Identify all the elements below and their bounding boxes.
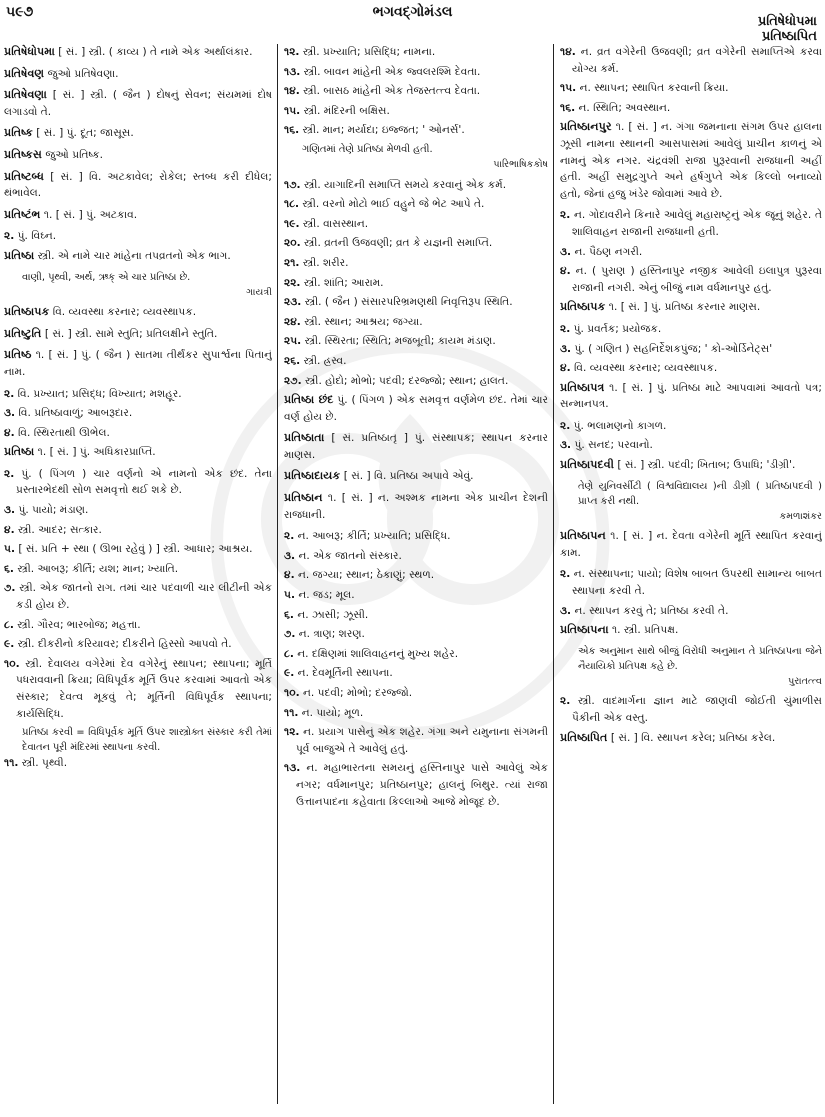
sense-item: ૩. પું. સનદ; પરવાનો. xyxy=(560,437,822,454)
sense-item: ૧૧. ન. પાયો; મૂળ. xyxy=(284,705,548,722)
sense-number: ૧૯. xyxy=(284,218,300,230)
sense-number: ૯. xyxy=(4,638,14,650)
sense-item: ૨૨. સ્ત્રી. શાંતિ; આરામ. xyxy=(284,275,548,292)
sense-text: ન. દેવમૂર્તિની સ્થાપના. xyxy=(298,667,393,679)
sense-number: ૧૬. xyxy=(560,102,575,114)
sense-text: ન. પદવી; મોભો; દરજ્જો. xyxy=(303,687,412,699)
sense-number: ૮. xyxy=(4,619,14,631)
entry-definition: ૧. [ સં. ] પું. ( જૈન ) સાતમા તીર્થંકર સ… xyxy=(4,349,272,378)
sense-text: સ્ત્રી. પ્રખ્યાતિ; પ્રસિદ્ધિ; નામના. xyxy=(303,46,435,58)
entry-headword: પ્રતિષ્ટંભ xyxy=(4,208,40,221)
sense-text: ન. વ્રત વગેરેની ઉજવણી; વ્રત વગેરેની સમાપ… xyxy=(572,46,822,75)
dictionary-entry: પ્રતિષ્ઠાપન ૧. [ સં. ] ન. દેવતા વગેરેની … xyxy=(560,528,822,561)
sense-text: ન. પ્રયાગ પાસેનું એક શહેર. ગંગા અને યમુન… xyxy=(296,726,548,755)
sense-number: ૧૩. xyxy=(284,762,300,774)
sense-item: ૪. વિ. વ્યવસ્થા કરનાર; વ્યવસ્થાપક. xyxy=(560,360,822,377)
sense-text: પું. પ્રવર્તક; પ્રયોજક. xyxy=(574,323,662,335)
sense-item: ૨. પું. પ્રવર્તક; પ્રયોજક. xyxy=(560,321,822,338)
dictionary-columns: પ્રતિષેધોપમા [ સં. ] સ્ત્રી. ( કાવ્ય ) ત… xyxy=(0,44,825,1117)
sense-number: ૨. xyxy=(284,530,294,542)
sense-item: ૧૨. ન. પ્રયાગ પાસેનું એક શહેર. ગંગા અને … xyxy=(284,724,548,757)
sense-number: ૨૪. xyxy=(284,316,301,328)
sense-number: ૨૫. xyxy=(284,335,301,347)
sense-text: ન. ( પુરાણ ) હસ્તિનાપુર નજીક આવેલી ઇલાપુ… xyxy=(572,265,822,294)
sense-text: સ્ત્રી. ( જૈન ) સંસારપરિભ્રમણથી નિવૃત્તિ… xyxy=(305,296,513,308)
column-left: પ્રતિષેધોપમા [ સં. ] સ્ત્રી. ( કાવ્ય ) ત… xyxy=(4,44,272,1117)
sense-number: ૩. xyxy=(4,504,15,516)
sense-item: ૧૩. ન. મહાભારતના સમયનું હસ્તિનાપુર પાસે … xyxy=(284,760,548,810)
sense-item: ૩. પું. ( ગણિત ) સહનિર્દેશકપુંજ; ' કો-ઓર… xyxy=(560,341,822,358)
dictionary-entry: પ્રતિષ્ઠાપક વિ. વ્યવસ્થા કરનાર; વ્યવસ્થા… xyxy=(4,304,272,321)
dictionary-entry: પ્રતિષ્ઠાતા [ સં. પ્રતિષ્ઠાતૃ ] પું. સંસ… xyxy=(284,430,548,463)
entry-headword: પ્રતિષ્ઠા છંદ xyxy=(284,393,334,406)
sense-item: ૨૩. સ્ત્રી. ( જૈન ) સંસારપરિભ્રમણથી નિવૃ… xyxy=(284,294,548,311)
sense-item: ૮. ન. દક્ષિણમાં શાલિવાહનનું મુખ્ય શહેર. xyxy=(284,646,548,663)
sense-text: સ્ત્રી. બાસઠ માંહેની એક તેજસ્તત્ત્વ દેવત… xyxy=(303,85,480,97)
sense-number: ૨. xyxy=(560,695,570,707)
quote-source: કમળાશંકર xyxy=(560,509,822,526)
sense-item: ૬. સ્ત્રી. આબરૂ; કીર્તિ; યશ; માન; ખ્યાતિ… xyxy=(4,561,272,578)
sense-number: ૧૩. xyxy=(284,66,300,78)
sense-item: ૧૮. સ્ત્રી. વરનો મોટો ભાઈ વહુને જે ભેટ આ… xyxy=(284,196,548,213)
dictionary-entry: પ્રતિષેવણ જુઓ પ્રતિષેવણા. xyxy=(4,66,272,83)
entry-definition: વિ. વ્યવસ્થા કરનાર; વ્યવસ્થાપક. xyxy=(53,306,196,318)
sense-item: ૧૭. સ્ત્રી. યાગાદિની સમાપ્તિ સમયે કરવાનુ… xyxy=(284,177,548,194)
sense-text: સ્ત્રી. બાવન માંહેની એક જ્વલરશ્મિ દેવતા. xyxy=(304,66,481,78)
sense-number: ૭. xyxy=(4,582,15,594)
dictionary-page: ૫૯૭ ભગવદ્ગોમંડલ પ્રતિષેધોપમા પ્રતિષ્ઠાપિ… xyxy=(0,0,825,1117)
sense-number: ૪. xyxy=(4,427,15,439)
sense-item: ૨૭. સ્ત્રી. હોદો; મોભો; પદવી; દરજ્જો; સ્… xyxy=(284,373,548,390)
sense-item: ૨. પું. વિઘ્ન. xyxy=(4,228,272,245)
sense-number: ૧૦. xyxy=(4,658,20,670)
dictionary-entry: પ્રતિષ્ટંભ ૧. [ સં. ] પું. અટકાવ. xyxy=(4,207,272,224)
sense-text: સ્ત્રી. દીકરીનો કરિયાવર; દીકરીને હિસ્સો … xyxy=(18,638,232,650)
sense-item: ૨૪. સ્ત્રી. સ્થાન; આશ્રય; જગ્યા. xyxy=(284,314,548,331)
entry-headword: પ્રતિષ્ઠાનપુર xyxy=(560,120,612,133)
sense-item: ૩. વિ. પ્રતિષ્ઠાવાળું; આબરૂદાર. xyxy=(4,405,272,422)
entry-headword: પ્રતિષ્ઠાપિત xyxy=(560,731,607,744)
sense-number: ૧૪. xyxy=(284,85,300,97)
entry-headword: પ્રતિષ્ઠાદાયક xyxy=(284,469,340,482)
dictionary-entry: પ્રતિષ્ઠાપના ૧. સ્ત્રી. પ્રતિપક્ષ. xyxy=(560,622,822,639)
dictionary-entry: પ્રતિષ્ઠાદાયક [ સં. ] વિ. પ્રતિષ્ઠા અપાવ… xyxy=(284,468,548,485)
sense-item: ૯. સ્ત્રી. દીકરીનો કરિયાવર; દીકરીને હિસ્… xyxy=(4,636,272,653)
sense-item: ૨૫. સ્ત્રી. સ્થિરતા; સ્થિતિ; મજબૂતી; કાય… xyxy=(284,333,548,350)
sense-number: ૨૧. xyxy=(284,257,299,269)
sense-item: ૨૧. સ્ત્રી. શરીર. xyxy=(284,255,548,272)
sense-number: ૧૧. xyxy=(4,757,18,769)
sense-number: ૧૫. xyxy=(284,105,300,117)
sense-number: ૪. xyxy=(560,362,571,374)
sense-text: સ્ત્રી. માન; મર્યાદા; ઇજ્જત; ' ઓનર્સ'. xyxy=(303,124,465,136)
sense-number: ૯. xyxy=(284,667,294,679)
sense-item: ૧૪. ન. વ્રત વગેરેની ઉજવણી; વ્રત વગેરેની … xyxy=(560,44,822,77)
page-header: ૫૯૭ ભગવદ્ગોમંડલ પ્રતિષેધોપમા પ્રતિષ્ઠાપિ… xyxy=(0,0,825,44)
sense-item: ૧૫. ન. સ્થાપન; સ્થાપિત કરવાની ક્રિયા. xyxy=(560,80,822,97)
sense-item: ૨. ન. આબરૂ; કીર્તિ; પ્રખ્યાતિ; પ્રસિદ્ધિ… xyxy=(284,528,548,545)
sense-text: સ્ત્રી. દેવાલય વગેરેમાં દેવ વગેરેનું સ્થ… xyxy=(16,658,272,720)
usage-quote: ગણિતમાં તેણે પ્રતિષ્ઠા મેળવી હતી. xyxy=(302,142,548,157)
dictionary-entry: પ્રતિષ્ઠાપક ૧. [ સં. ] પું. પ્રતિષ્ઠા કર… xyxy=(560,299,822,316)
sense-text: ન. મહાભારતના સમયનું હસ્તિનાપુર પાસે આવેલ… xyxy=(296,762,548,807)
dictionary-entry: પ્રતિષ્ઠાપત્ર ૧. [ સં. ] પું. પ્રતિષ્ઠા … xyxy=(560,380,822,413)
sense-text: વિ. વ્યવસ્થા કરનાર; વ્યવસ્થાપક. xyxy=(574,362,717,374)
entry-definition: [ સં. ] સ્ત્રી. ( કાવ્ય ) તે નામે એક અર્… xyxy=(58,46,252,58)
column-right: ૧૪. ન. વ્રત વગેરેની ઉજવણી; વ્રત વગેરેની … xyxy=(560,44,822,1117)
sense-text: વિ. પ્રખ્યાત; પ્રસિદ્ધ; વિખ્યાત; મશહૂર. xyxy=(18,388,182,400)
sense-text: સ્ત્રી. યાગાદિની સમાપ્તિ સમયે કરવાનું એક… xyxy=(304,179,506,191)
sense-number: ૧૮. xyxy=(284,198,299,210)
sense-number: ૫. xyxy=(4,543,15,555)
sense-number: ૩. xyxy=(560,246,571,258)
entry-headword: પ્રતિષ્ઠાપના xyxy=(560,623,609,636)
sense-number: ૨. xyxy=(560,209,570,221)
dictionary-entry: પ્રતિષ્ઠ ૧. [ સં. ] પું. ( જૈન ) સાતમા ત… xyxy=(4,347,272,380)
sense-item: ૧૦. ન. પદવી; મોભો; દરજ્જો. xyxy=(284,685,548,702)
sense-number: ૨. xyxy=(4,388,14,400)
entry-headword: પ્રતિષ્ઠાપન xyxy=(560,529,606,542)
sense-item: ૪. વિ. સ્થિરતાથી ઊભેલ. xyxy=(4,425,272,442)
sense-text: સ્ત્રી. શાંતિ; આરામ. xyxy=(304,277,384,289)
sense-number: ૨. xyxy=(4,468,14,480)
dictionary-entry: પ્રતિષ્ટુતિ [ સં. ] સ્ત્રી. સામે સ્તુતિ;… xyxy=(4,326,272,343)
sense-text: ન. ગોદાવરીને કિનારે આવેલું મહારાષ્ટ્રનું… xyxy=(572,209,822,238)
sense-text: સ્ત્રી. વરનો મોટો ભાઈ વહુને જે ભેટ આપે ત… xyxy=(302,198,484,210)
sense-number: ૨. xyxy=(560,568,570,580)
sense-text: ન. સ્થાપન; સ્થાપિત કરવાની ક્રિયા. xyxy=(580,82,729,94)
sense-item: ૧૫. સ્ત્રી. મંદિરની બક્ષિસ. xyxy=(284,103,548,120)
sense-number: ૧૦. xyxy=(284,687,300,699)
sense-item: ૩. ન. એક જાતનો સંસ્કાર. xyxy=(284,548,548,565)
guide-word-last: પ્રતિષ્ઠાપિત xyxy=(758,29,817,44)
sense-item: ૯. ન. દેવમૂર્તિની સ્થાપના. xyxy=(284,665,548,682)
sense-number: ૧૪. xyxy=(560,46,576,58)
sense-number: ૨. xyxy=(560,323,570,335)
sense-item: ૨. વિ. પ્રખ્યાત; પ્રસિદ્ધ; વિખ્યાત; મશહૂ… xyxy=(4,386,272,403)
sense-item: ૫. ન. જડ; મૂલ. xyxy=(284,587,548,604)
entry-headword: પ્રતિષ્ઠાપદવી xyxy=(560,458,614,471)
usage-quote: એક અનુમાન સાથે બીજું વિરોધી અનુમાન તે પ્… xyxy=(578,644,822,674)
sense-number: ૨૩. xyxy=(284,296,301,308)
sense-number: ૪. xyxy=(4,524,15,536)
entry-definition: સ્ત્રી. એ નામે ચાર માંહેના તપવ્રતનો એક ભ… xyxy=(38,250,231,262)
sense-number: ૫. xyxy=(284,589,295,601)
sense-number: ૩. xyxy=(560,439,571,451)
sense-item: ૭. સ્ત્રી. એક જાતનો રાગ. તમાં ચાર પદવાળી… xyxy=(4,580,272,613)
sense-item: ૧૬. સ્ત્રી. માન; મર્યાદા; ઇજ્જત; ' ઓનર્સ… xyxy=(284,122,548,139)
dictionary-entry: પ્રતિષ્ઠા સ્ત્રી. એ નામે ચાર માંહેના તપવ… xyxy=(4,248,272,265)
sense-item: ૨. ન. ગોદાવરીને કિનારે આવેલું મહારાષ્ટ્ર… xyxy=(560,207,822,240)
entry-definition: [ સં. ] સ્ત્રી. સામે સ્તુતિ; પ્રતિલક્ષીન… xyxy=(45,328,218,340)
sense-item: ૬. ન. ઝાસી; ઝૂસી. xyxy=(284,607,548,624)
entry-definition: [ સં. ] વિ. સ્થાપન કરેલ; પ્રતિષ્ઠા કરેલ. xyxy=(611,732,775,744)
entry-definition: જુઓ પ્રતિષેવણા. xyxy=(48,68,119,80)
entry-headword: પ્રતિષ્ઠાપક xyxy=(4,305,49,318)
entry-definition: [ સં. ] વિ. પ્રતિષ્ઠા અપાવે એવું. xyxy=(344,470,474,482)
entry-headword: પ્રતિષ્ઠાપક xyxy=(560,300,605,313)
sense-item: ૪. ન. ( પુરાણ ) હસ્તિનાપુર નજીક આવેલી ઇલ… xyxy=(560,263,822,296)
entry-headword: પ્રતિષ્ટબ્ધ xyxy=(4,170,44,183)
sense-text: પું. ( પિંગળ ) ચાર વર્ણનો એ નામનો એક છંદ… xyxy=(16,468,272,497)
sense-item: ૪. સ્ત્રી. આદર; સત્કાર. xyxy=(4,522,272,539)
sense-text: સ્ત્રી. સ્થાન; આશ્રય; જગ્યા. xyxy=(304,316,422,328)
sense-number: ૧૬. xyxy=(284,124,299,136)
usage-quote: વાણી, પૃથ્વી, અર્થ, ઋક્ એ ચાર પ્રતિષ્ઠા … xyxy=(22,270,272,285)
sense-item: ૧૦. સ્ત્રી. દેવાલય વગેરેમાં દેવ વગેરેનું… xyxy=(4,656,272,722)
sense-number: ૧૭. xyxy=(284,179,301,191)
sense-number: ૨૨. xyxy=(284,277,300,289)
sense-text: સ્ત્રી. હ્રસ્વ. xyxy=(304,355,347,367)
sense-item: ૧૨. સ્ત્રી. પ્રખ્યાતિ; પ્રસિદ્ધિ; નામના. xyxy=(284,44,548,61)
sense-text: પું. ( ગણિત ) સહનિર્દેશકપુંજ; ' કો-ઓર્ડિ… xyxy=(574,343,772,355)
sense-number: ૩. xyxy=(284,550,295,562)
entry-definition: ૧. [ સં. ] પું. અટકાવ. xyxy=(44,209,137,221)
entry-headword: પ્રતિષેવણા xyxy=(4,88,47,101)
sense-text: ન. દક્ષિણમાં શાલિવાહનનું મુખ્ય શહેર. xyxy=(297,648,458,660)
sense-text: પું. ભલામણનો કાગળ. xyxy=(574,420,667,432)
guide-words: પ્રતિષેધોપમા પ્રતિષ્ઠાપિત xyxy=(758,14,817,44)
sense-number: ૮. xyxy=(284,648,294,660)
sense-item: ૩. પું. પાયો; મંડાણ. xyxy=(4,502,272,519)
sense-item: ૭. ન. ત્રાણ; શરણ. xyxy=(284,626,548,643)
sense-text: પું. સનદ; પરવાનો. xyxy=(574,439,652,451)
sense-text: ન. ત્રાણ; શરણ. xyxy=(299,628,365,640)
sense-number: ૧૫. xyxy=(560,82,576,94)
entry-headword: પ્રતિષ્ટુતિ xyxy=(4,327,41,340)
sense-number: ૩. xyxy=(4,407,15,419)
quote-source: ગાયત્રી xyxy=(4,285,272,302)
sense-number: ૪. xyxy=(284,569,295,581)
sense-text: ન. સ્થિતિ; અવસ્થાન. xyxy=(579,102,671,114)
dictionary-entry: પ્રતિષ્ઠા ૧. [ સં. ] પું. અધિકારપ્રાપ્તિ… xyxy=(4,444,272,461)
sense-number: ૨. xyxy=(560,420,570,432)
usage-quote: તેણે યુનિવર્સીટી ( વિશ્વવિદ્યાલય )ની ડીગ… xyxy=(578,479,822,509)
sense-text: પું. પાયો; મંડાણ. xyxy=(18,504,88,516)
entry-definition: ૧. [ સં. ] ન. અશ્મક નામના એક પ્રાચીન દેશ… xyxy=(284,492,548,521)
sense-text: [ સં. પ્રતિ + સ્થા ( ઊભા રહેવું ) ] સ્ત્… xyxy=(18,543,252,555)
entry-headword: પ્રતિષ્ઠાતા xyxy=(284,431,324,444)
sense-text: ન. જગ્યા; સ્થાન; ઠેકાણું; સ્થળ. xyxy=(298,569,434,581)
sense-text: ન. ઝાસી; ઝૂસી. xyxy=(297,609,368,621)
sense-number: ૧૨. xyxy=(284,46,299,58)
sense-text: વિ. પ્રતિષ્ઠાવાળું; આબરૂદાર. xyxy=(18,407,132,419)
sense-item: ૫. [ સં. પ્રતિ + સ્થા ( ઊભા રહેવું ) ] સ… xyxy=(4,541,272,558)
entry-definition: ૧. સ્ત્રી. પ્રતિપક્ષ. xyxy=(612,624,678,636)
sense-number: ૨. xyxy=(4,230,14,242)
dictionary-entry: પ્રતિષ્ઠાપદવી [ સં. ] સ્ત્રી. પદવી; ખિતા… xyxy=(560,457,822,474)
sense-item: ૩. ન. પૈઠણ નગરી. xyxy=(560,244,822,261)
sense-text: સ્ત્રી. સ્થિરતા; સ્થિતિ; મજબૂતી; કાયમ મં… xyxy=(305,335,496,347)
dictionary-entry: પ્રતિષ્કસ જુઓ પ્રતિષ્ક. xyxy=(4,147,272,164)
sense-text: સ્ત્રી. એક જાતનો રાગ. તમાં ચાર પદવાળી ચા… xyxy=(16,582,272,611)
entry-headword: પ્રતિષ્કસ xyxy=(4,148,42,161)
sense-text: ન. જડ; મૂલ. xyxy=(298,589,354,601)
guide-word-first: પ્રતિષેધોપમા xyxy=(758,14,817,29)
dictionary-entry: પ્રતિષ્ટબ્ધ [ સં. ] વિ. અટકાવેલ; રોકેલ; … xyxy=(4,169,272,202)
sense-number: ૨૦. xyxy=(284,237,301,249)
sense-number: ૪. xyxy=(560,265,571,277)
entry-definition: [ સં. પ્રતિષ્ઠાતૃ ] પું. સંસ્થાપક; સ્થાપ… xyxy=(284,432,548,461)
sense-item: ૨૦. સ્ત્રી. વ્રતની ઉજવણી; વ્રત કે યજ્ઞની… xyxy=(284,235,548,252)
sense-number: ૩. xyxy=(560,605,571,617)
sense-number: ૬. xyxy=(4,563,14,575)
sense-text: સ્ત્રી. ગૌરવ; ભારબોજ; મહત્તા. xyxy=(17,619,140,631)
entry-headword: પ્રતિષ્ઠાપત્ર xyxy=(560,381,604,394)
sense-text: સ્ત્રી. વ્રતની ઉજવણી; વ્રત કે યજ્ઞની સમા… xyxy=(304,237,492,249)
entry-headword: પ્રતિષ્ઠા xyxy=(4,249,34,262)
sense-number: ૨૬. xyxy=(284,355,300,367)
sense-text: સ્ત્રી. આદર; સત્કાર. xyxy=(18,524,102,536)
sense-item: ૧૧. સ્ત્રી. પૃથ્વી. xyxy=(4,755,272,772)
sense-number: ૩. xyxy=(560,343,571,355)
entry-definition: ૧. [ સં. ] પું. પ્રતિષ્ઠા કરનાર માણસ. xyxy=(609,301,760,313)
sense-number: ૧૧. xyxy=(284,707,298,719)
dictionary-entry: પ્રતિષેધોપમા [ સં. ] સ્ત્રી. ( કાવ્ય ) ત… xyxy=(4,44,272,61)
sense-text: ન. એક જાતનો સંસ્કાર. xyxy=(298,550,401,562)
sense-text: સ્ત્રી. વાસસ્થાન. xyxy=(303,218,368,230)
sense-item: ૨. ન. સંસ્થાપના; પાયો; વિશેષ બાબત ઉપરથી … xyxy=(560,566,822,599)
entry-definition: [ સં. ] વિ. અટકાવેલ; રોકેલ; સ્તબ્ધ કરી દ… xyxy=(4,171,272,200)
column-middle: ૧૨. સ્ત્રી. પ્રખ્યાતિ; પ્રસિદ્ધિ; નામના.… xyxy=(284,44,548,1117)
sense-item: ૮. સ્ત્રી. ગૌરવ; ભારબોજ; મહત્તા. xyxy=(4,617,272,634)
sense-text: ન. પાયો; મૂળ. xyxy=(302,707,363,719)
sense-text: સ્ત્રી. પૃથ્વી. xyxy=(22,757,67,769)
sense-number: ૨૭. xyxy=(284,375,302,387)
quote-source: પારિભાષિકકોષ xyxy=(284,157,548,174)
dictionary-entry: પ્રતિષ્ઠાન ૧. [ સં. ] ન. અશ્મક નામના એક … xyxy=(284,490,548,523)
entry-definition: જુઓ પ્રતિષ્ક. xyxy=(45,149,103,161)
entry-definition: [ સં. ] સ્ત્રી. પદવી; ખિતાબ; ઉપાધિ; 'ડીગ… xyxy=(617,459,795,471)
sense-item: ૧૪. સ્ત્રી. બાસઠ માંહેની એક તેજસ્તત્ત્વ … xyxy=(284,83,548,100)
dictionary-entry: પ્રતિષ્ઠા છંદ પું. ( પિંગળ ) એક સમવૃત્ત … xyxy=(284,392,548,425)
entry-definition: ૧. [ સં. ] પું. અધિકારપ્રાપ્તિ. xyxy=(38,446,156,458)
sense-text: ન. સંસ્થાપના; પાયો; વિશેષ બાબત ઉપરથી સામ… xyxy=(572,568,822,597)
entry-headword: પ્રતિષ્ઠા xyxy=(4,445,34,458)
entry-headword: પ્રતિષ્ક xyxy=(4,126,33,139)
sense-item: ૨. સ્ત્રી. વાદમાર્ગના જ્ઞાન માટે જાણવી જ… xyxy=(560,693,822,726)
quote-source: પુરાતત્ત્વ xyxy=(560,674,822,691)
sense-text: વિ. સ્થિરતાથી ઊભેલ. xyxy=(18,427,110,439)
sense-text: ન. સ્થાપન કરવું તે; પ્રતિષ્ઠા કરવી તે. xyxy=(574,605,728,617)
sense-item: ૪. ન. જગ્યા; સ્થાન; ઠેકાણું; સ્થળ. xyxy=(284,567,548,584)
entry-headword: પ્રતિષેધોપમા xyxy=(4,45,55,58)
sense-text: પું. વિઘ્ન. xyxy=(18,230,57,242)
dictionary-entry: પ્રતિષ્ક [ સં. ] પું. દૂત; જાસૂસ. xyxy=(4,125,272,142)
sense-item: ૧૯. સ્ત્રી. વાસસ્થાન. xyxy=(284,216,548,233)
sense-text: ન. પૈઠણ નગરી. xyxy=(574,246,642,258)
sense-text: સ્ત્રી. શરીર. xyxy=(303,257,349,269)
sense-number: ૧૨. xyxy=(284,726,299,738)
entry-headword: પ્રતિષેવણ xyxy=(4,67,44,80)
sense-item: ૧૩. સ્ત્રી. બાવન માંહેની એક જ્વલરશ્મિ દે… xyxy=(284,64,548,81)
dictionary-entry: પ્રતિષેવણા [ સં. ] સ્ત્રી. ( જૈન ) દોષનુ… xyxy=(4,87,272,120)
sense-item: ૨૬. સ્ત્રી. હ્રસ્વ. xyxy=(284,353,548,370)
dictionary-entry: પ્રતિષ્ઠાપિત [ સં. ] વિ. સ્થાપન કરેલ; પ્… xyxy=(560,730,822,747)
sense-text: સ્ત્રી. હોદો; મોભો; પદવી; દરજ્જો; સ્થાન;… xyxy=(305,375,508,387)
sense-item: ૩. ન. સ્થાપન કરવું તે; પ્રતિષ્ઠા કરવી તે… xyxy=(560,603,822,620)
sense-item: ૨. પું. ભલામણનો કાગળ. xyxy=(560,418,822,435)
sense-item: ૧૬. ન. સ્થિતિ; અવસ્થાન. xyxy=(560,100,822,117)
sense-text: ન. આબરૂ; કીર્તિ; પ્રખ્યાતિ; પ્રસિદ્ધિ. xyxy=(298,530,451,542)
entry-headword: પ્રતિષ્ઠાન xyxy=(284,491,323,504)
sense-number: ૭. xyxy=(284,628,295,640)
sense-text: સ્ત્રી. વાદમાર્ગના જ્ઞાન માટે જાણવી જોઈત… xyxy=(572,695,822,724)
running-title: ભગવદ્ગોમંડલ xyxy=(0,4,825,20)
sense-text: સ્ત્રી. આબરૂ; કીર્તિ; યશ; માન; ખ્યાતિ. xyxy=(17,563,178,575)
sense-item: ૨. પું. ( પિંગળ ) ચાર વર્ણનો એ નામનો એક … xyxy=(4,466,272,499)
usage-quote: પ્રતિષ્ઠા કરવી = વિધિપૂર્વક મૂર્તિ ઉપર શ… xyxy=(22,725,272,755)
entry-definition: [ સં. ] પું. દૂત; જાસૂસ. xyxy=(36,127,133,139)
sense-number: ૬. xyxy=(284,609,294,621)
sense-text: સ્ત્રી. મંદિરની બક્ષિસ. xyxy=(304,105,390,117)
entry-headword: પ્રતિષ્ઠ xyxy=(4,348,32,361)
dictionary-entry: પ્રતિષ્ઠાનપુર ૧. [ સં. ] ન. ગંગા જમનાના … xyxy=(560,119,822,202)
